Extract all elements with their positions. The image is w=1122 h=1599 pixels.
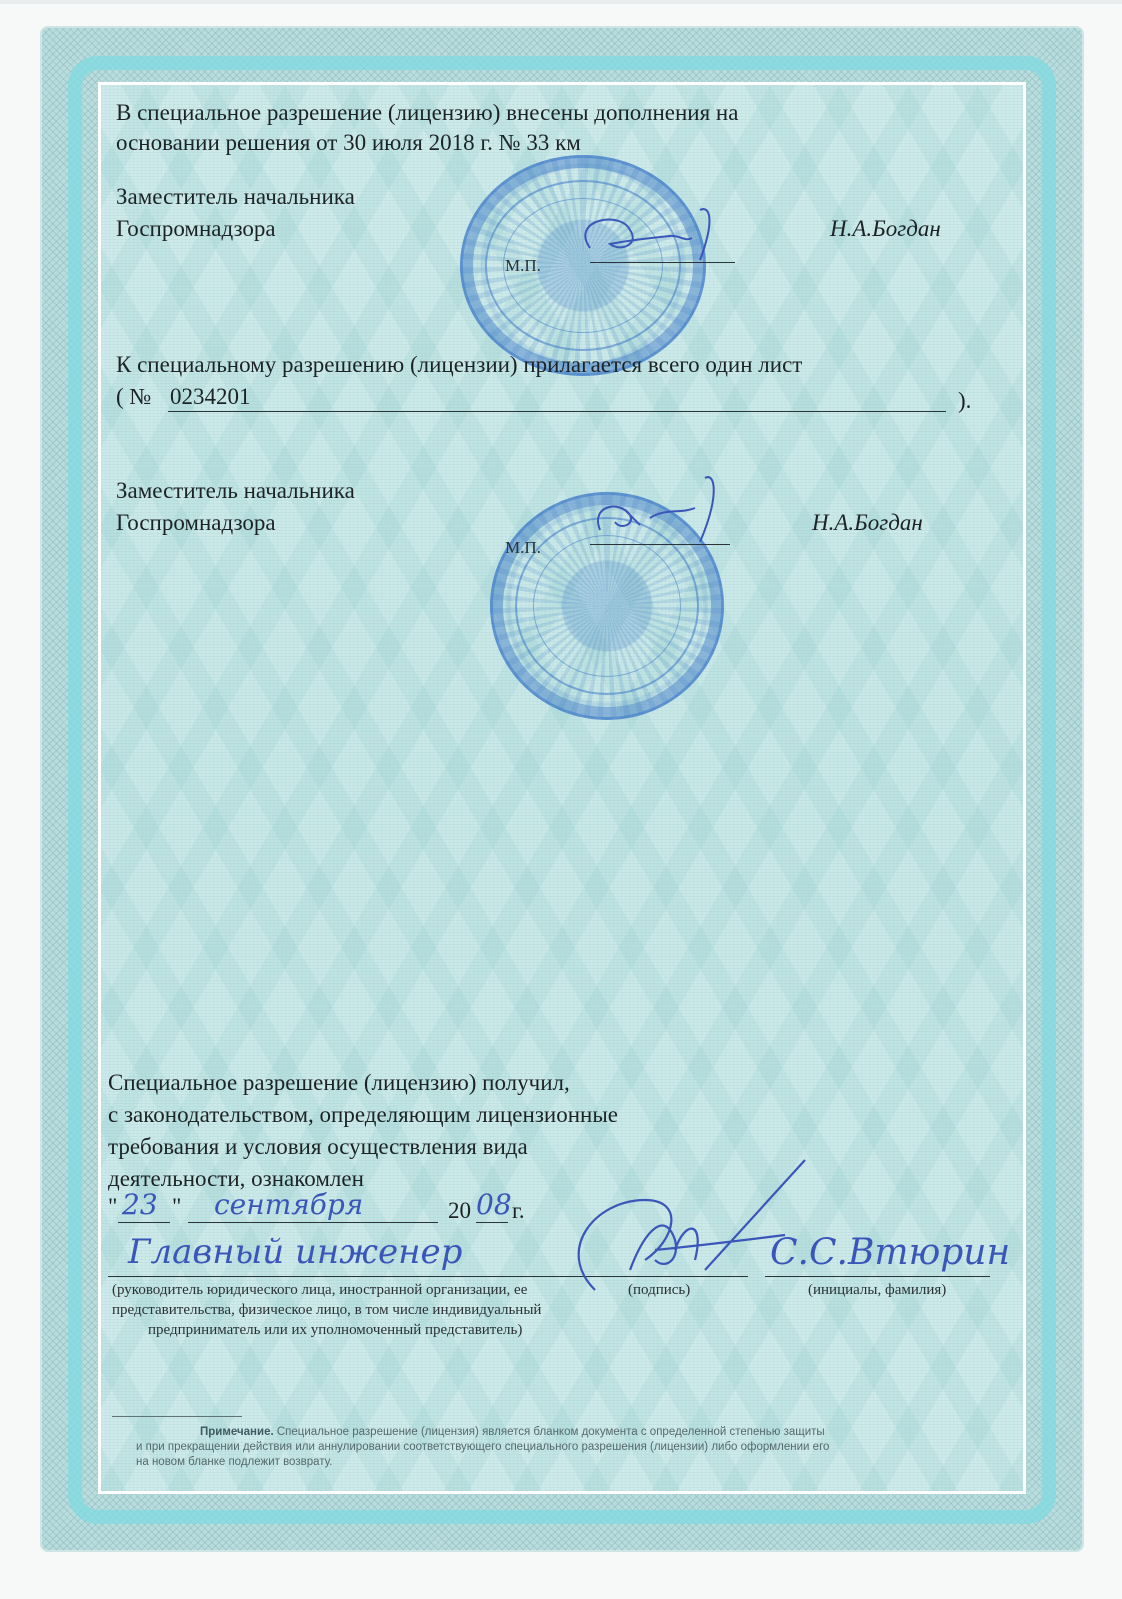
year-underline bbox=[476, 1222, 508, 1223]
receipt-line-2: с законодательством, определяющим лиценз… bbox=[108, 1100, 618, 1130]
amendment-line-1: В специальное разрешение (лицензию) внес… bbox=[116, 98, 738, 128]
caption-signature: (подпись) bbox=[628, 1280, 690, 1300]
note-label: Примечание. bbox=[200, 1426, 274, 1438]
date-month-underline bbox=[188, 1222, 438, 1223]
signatory-2-name: Н.А.Богдан bbox=[812, 508, 923, 538]
attachment-line-1: К специальному разрешению (лицензии) при… bbox=[116, 350, 802, 380]
signatory-1-name: Н.А.Богдан bbox=[830, 214, 941, 244]
recipient-position-handwritten: Главный инженер bbox=[128, 1232, 462, 1272]
attachment-closing: ). bbox=[958, 386, 971, 416]
amendment-line-2: основании решения от 30 июля 2018 г. № 3… bbox=[116, 128, 581, 158]
attachment-number-underline bbox=[168, 411, 946, 412]
attachment-number-prefix: ( № bbox=[116, 382, 151, 412]
date-close-quote: " bbox=[172, 1192, 181, 1222]
note-rule bbox=[112, 1416, 242, 1417]
note-line-1: Примечание. Специальное разрешение (лице… bbox=[136, 1425, 996, 1440]
receipt-line-1: Специальное разрешение (лицензию) получи… bbox=[108, 1068, 570, 1098]
date-day: 23 bbox=[122, 1188, 158, 1221]
footer-note: Примечание. Специальное разрешение (лице… bbox=[136, 1425, 996, 1470]
date-open-quote: " bbox=[108, 1192, 117, 1222]
recipient-name-handwritten: С.С.Втюрин bbox=[770, 1232, 1010, 1273]
year-prefix: 20 bbox=[448, 1196, 471, 1226]
caption-recipient-line-1: (руководитель юридического лица, иностра… bbox=[112, 1280, 527, 1300]
attachment-number: 0234201 bbox=[170, 382, 251, 412]
year-suffix: 08 bbox=[476, 1188, 512, 1221]
date-month: сентября bbox=[214, 1188, 363, 1221]
note-text-2: и при прекращении действия или аннулиров… bbox=[136, 1440, 996, 1455]
signature-mark bbox=[560, 200, 740, 270]
caption-recipient-line-2: представительства, физическое лицо, в то… bbox=[112, 1300, 541, 1320]
signatory-2-position-line-2: Госпромнадзора bbox=[116, 508, 276, 538]
scan-top-edge bbox=[0, 0, 1122, 4]
year-unit: г. bbox=[512, 1196, 525, 1226]
caption-name: (инициалы, фамилия) bbox=[808, 1280, 946, 1300]
note-text-3: на новом бланке подлежит возврату. bbox=[136, 1455, 996, 1470]
caption-recipient-line-3: предприниматель или их уполномоченный пр… bbox=[148, 1320, 522, 1340]
receipt-line-3: требования и условия осуществления вида bbox=[108, 1132, 528, 1162]
signatory-2-position-line-1: Заместитель начальника bbox=[116, 476, 355, 506]
signatory-1-position-line-2: Госпромнадзора bbox=[116, 214, 276, 244]
seal-place-label-2: М.П. bbox=[505, 538, 541, 558]
note-text-1: Специальное разрешение (лицензия) являет… bbox=[277, 1426, 825, 1438]
signature-mark-2 bbox=[580, 470, 740, 550]
seal-inner-ring bbox=[533, 535, 681, 677]
seal-place-label: М.П. bbox=[505, 256, 541, 276]
date-day-underline bbox=[118, 1222, 170, 1223]
recipient-name-line bbox=[765, 1276, 990, 1277]
signatory-1-position-line-1: Заместитель начальника bbox=[116, 182, 355, 212]
